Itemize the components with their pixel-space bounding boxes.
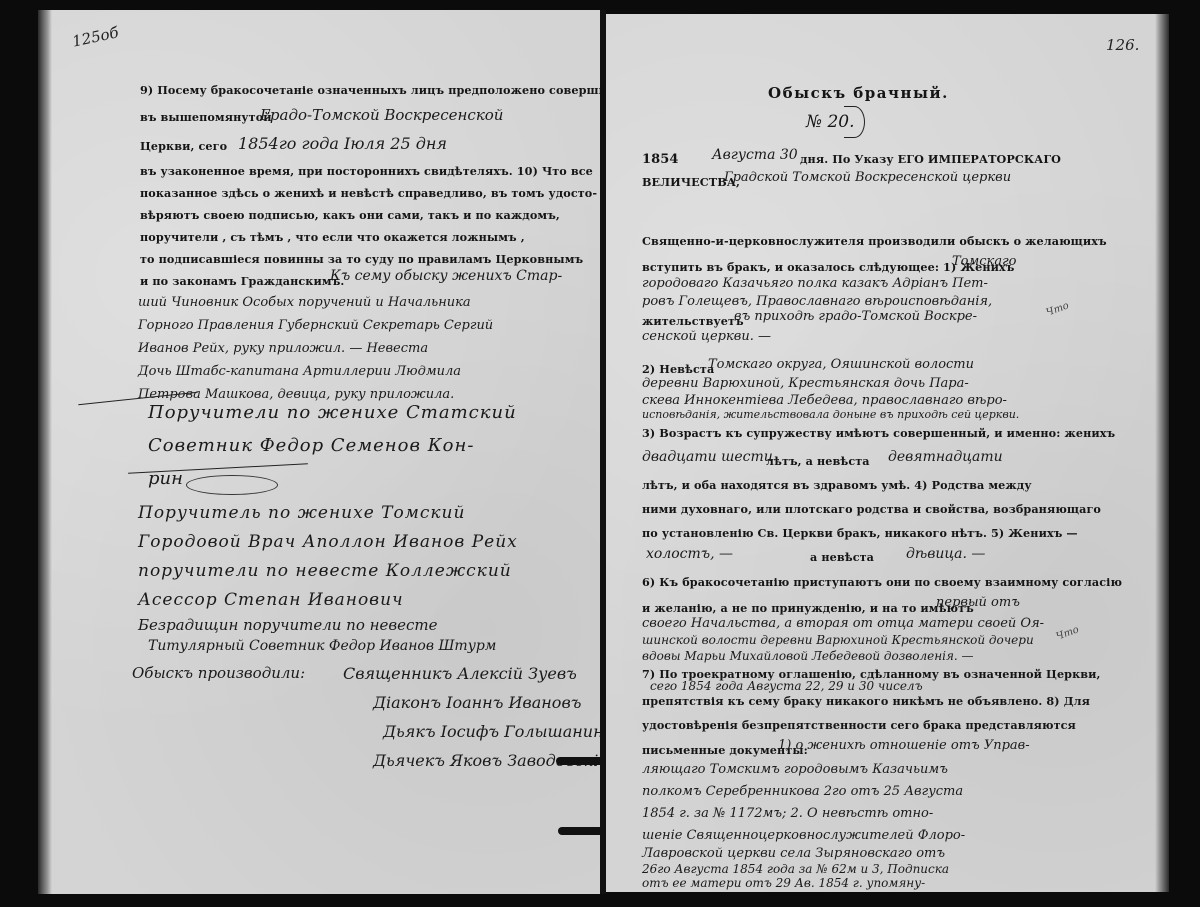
handwritten-line: городоваго Казачьяго полка казакъ Адріан…	[642, 276, 988, 291]
handwritten-line: Дочь Штабс-капитана Артиллерии Людмила	[138, 364, 461, 379]
handwritten-text: Къ сему обыску женихъ Стар-	[330, 268, 562, 284]
handwritten-line: Советник Федор Семенов Кон-	[148, 435, 474, 456]
printed-line: и желанію, а не по принужденію, и на то …	[642, 601, 974, 615]
handwritten-line: деревни Варюхиной, Крестьянская дочь Пар…	[642, 376, 969, 391]
printed-line: показанное здѣсь о женихѣ и невѣстѣ спра…	[140, 186, 597, 200]
handwritten-line: своего Начальства, а вторая от отца мате…	[642, 616, 1044, 631]
handwritten-line: Безрадищин поручители по невесте	[138, 616, 438, 634]
ink-bracket	[844, 106, 865, 138]
printed-line: а невѣста	[810, 550, 874, 564]
handwritten-line: Петрова Машкова, девица, руку приложила.	[138, 387, 454, 402]
handwritten-text: Градо-Томской Воскресенской	[260, 106, 503, 124]
handwritten-line: Поручители по женихе Статский	[148, 402, 517, 423]
handwritten-text: въ приходѣ градо-Томской Воскре-	[734, 309, 977, 324]
handwritten-line: Асессор Степан Иванович	[138, 590, 404, 610]
handwritten-date: Августа 30	[712, 147, 798, 163]
signature-priest: Священникъ Алексій Зуевъ	[343, 664, 577, 683]
handwritten-text: 1) о женихѣ отношеніе отъ Управ-	[778, 738, 1030, 753]
handwritten-line: сенской церкви. —	[642, 329, 771, 344]
document-title: Обыскъ брачный.	[768, 84, 949, 102]
handwritten-text: Томскаго округа, Ояшинской волости	[708, 357, 974, 372]
signatures-label: Обыскъ производили:	[132, 664, 305, 682]
handwritten-line: 26го Августа 1854 года за № 62м и 3, Под…	[642, 862, 949, 876]
printed-line: и по законамъ Гражданскимъ.	[140, 274, 344, 288]
handwritten-line: ляющаго Томскимъ городовымъ Казачьимъ	[642, 762, 948, 777]
printed-line: лѣтъ, а невѣста	[766, 454, 870, 468]
handwritten-bride-status: дѣвица. —	[906, 546, 985, 562]
margin-note: Что	[1045, 300, 1071, 318]
printed-line: въ вышепомянутой	[140, 110, 272, 124]
printed-line: Церкви, сего	[140, 139, 227, 153]
record-number: № 20.	[806, 112, 855, 132]
handwritten-line: отъ ее матери отъ 29 Ав. 1854 г. упомяну…	[642, 876, 925, 890]
printed-line: 9) Посему бракосочетаніе означенныхъ лиц…	[140, 83, 600, 97]
printed-line: 3) Возрастъ къ супружеству имѣютъ соверш…	[642, 426, 1115, 440]
handwritten-line: Лавровской церкви села Зыряновскаго отъ	[642, 846, 945, 861]
handwritten-line: Городовой Врач Аполлон Иванов Рейх	[138, 532, 518, 552]
handwritten-line: шинской волости деревни Варюхиной Кресть…	[642, 633, 1034, 647]
handwritten-line: шеніе Священноцерковнослужителей Флоро-	[642, 828, 965, 843]
handwritten-line: исповѣданія, жительствовала доныне въ пр…	[642, 408, 1019, 421]
handwritten-church: Градской Томской Воскресенской церкви	[724, 170, 1011, 185]
handwritten-bride-age: девятнадцати	[888, 449, 1003, 465]
signature-sexton: Дьякъ Іосифъ Голышанинъ	[383, 722, 600, 741]
left-page: 125об 9) Посему бракосочетаніе означенны…	[38, 10, 600, 894]
printed-line: жительствуетъ	[642, 314, 744, 328]
handwritten-line: поручители по невесте Коллежский	[138, 561, 512, 581]
signature-deacon: Діаконъ Іоаннъ Ивановъ	[373, 693, 581, 712]
handwritten-groom-status: холостъ, —	[646, 546, 733, 562]
handwritten-line: 1854 г. за № 1172мъ; 2. О невѣстѣ отно-	[642, 806, 933, 821]
printed-year: 1854	[642, 152, 679, 167]
printed-line: препятствія къ сему браку никакого никѣм…	[642, 694, 1090, 708]
handwritten-line: Иванов Рейх, руку приложил. — Невеста	[138, 341, 428, 356]
handwritten-text: Томскаго	[952, 254, 1016, 269]
handwritten-line: ший Чиновник Особых поручений и Начальни…	[138, 295, 471, 310]
printed-line: въ узаконенное время, при постороннихъ с…	[140, 164, 593, 178]
handwritten-groom-age: двадцати шести	[642, 449, 773, 465]
printed-line: дня. По Указу ЕГО ИМПЕРАТОРСКАГО	[800, 152, 1061, 166]
printed-line: 6) Къ бракосочетанію приступаютъ они по …	[642, 575, 1122, 589]
handwritten-line: скева Иннокентіева Лебедева, православна…	[642, 393, 1007, 408]
handwritten-line: ровъ Голещевъ, Православнаго вѣроисповѣд…	[642, 294, 992, 309]
printed-line: 2) Невѣста	[642, 362, 714, 376]
printed-line: ними духовнаго, или плотскаго родства и …	[642, 502, 1101, 516]
handwritten-text: 1854го года Іюля 25 дня	[238, 134, 447, 153]
printed-line: удостовѣренія безпрепятственности сего б…	[642, 718, 1076, 732]
handwritten-line: полкомъ Серебренникова 2го отъ 25 Август…	[642, 784, 963, 799]
folio-number-right: 126.	[1106, 36, 1139, 54]
printed-line: по установленію Св. Церкви бракъ, никако…	[642, 526, 1078, 540]
printed-line: Священно-и-церковнослужителя производили…	[642, 234, 1107, 248]
printed-line: вѣряютъ своею подписью, какъ они сами, т…	[140, 208, 560, 222]
handwritten-line: Поручитель по женихе Томский	[138, 503, 465, 523]
handwritten-line: вдовы Марьи Михайловой Лебедевой дозволе…	[642, 649, 974, 663]
right-page: 126. Обыскъ брачный. № 20. 1854 Августа …	[606, 14, 1169, 892]
margin-note: Что	[1055, 624, 1081, 642]
handwritten-line: Титулярный Советник Федор Иванов Штурм	[148, 638, 496, 654]
printed-line: лѣтъ, и оба находятся въ здравомъ умѣ. 4…	[642, 478, 1032, 492]
printed-line: то подписавшіеся повинны за то суду по п…	[140, 252, 583, 266]
handwritten-banns-dates: сего 1854 года Августа 22, 29 и 30 чисел…	[650, 679, 923, 693]
printed-line: поручители , съ тѣмъ , что если что окаж…	[140, 230, 525, 244]
folio-number-left: 125об	[71, 23, 121, 50]
handwritten-line: Горного Правления Губернский Секретарь С…	[138, 318, 493, 333]
ink-oval	[186, 475, 278, 495]
handwritten-text: первый отъ	[936, 595, 1020, 610]
